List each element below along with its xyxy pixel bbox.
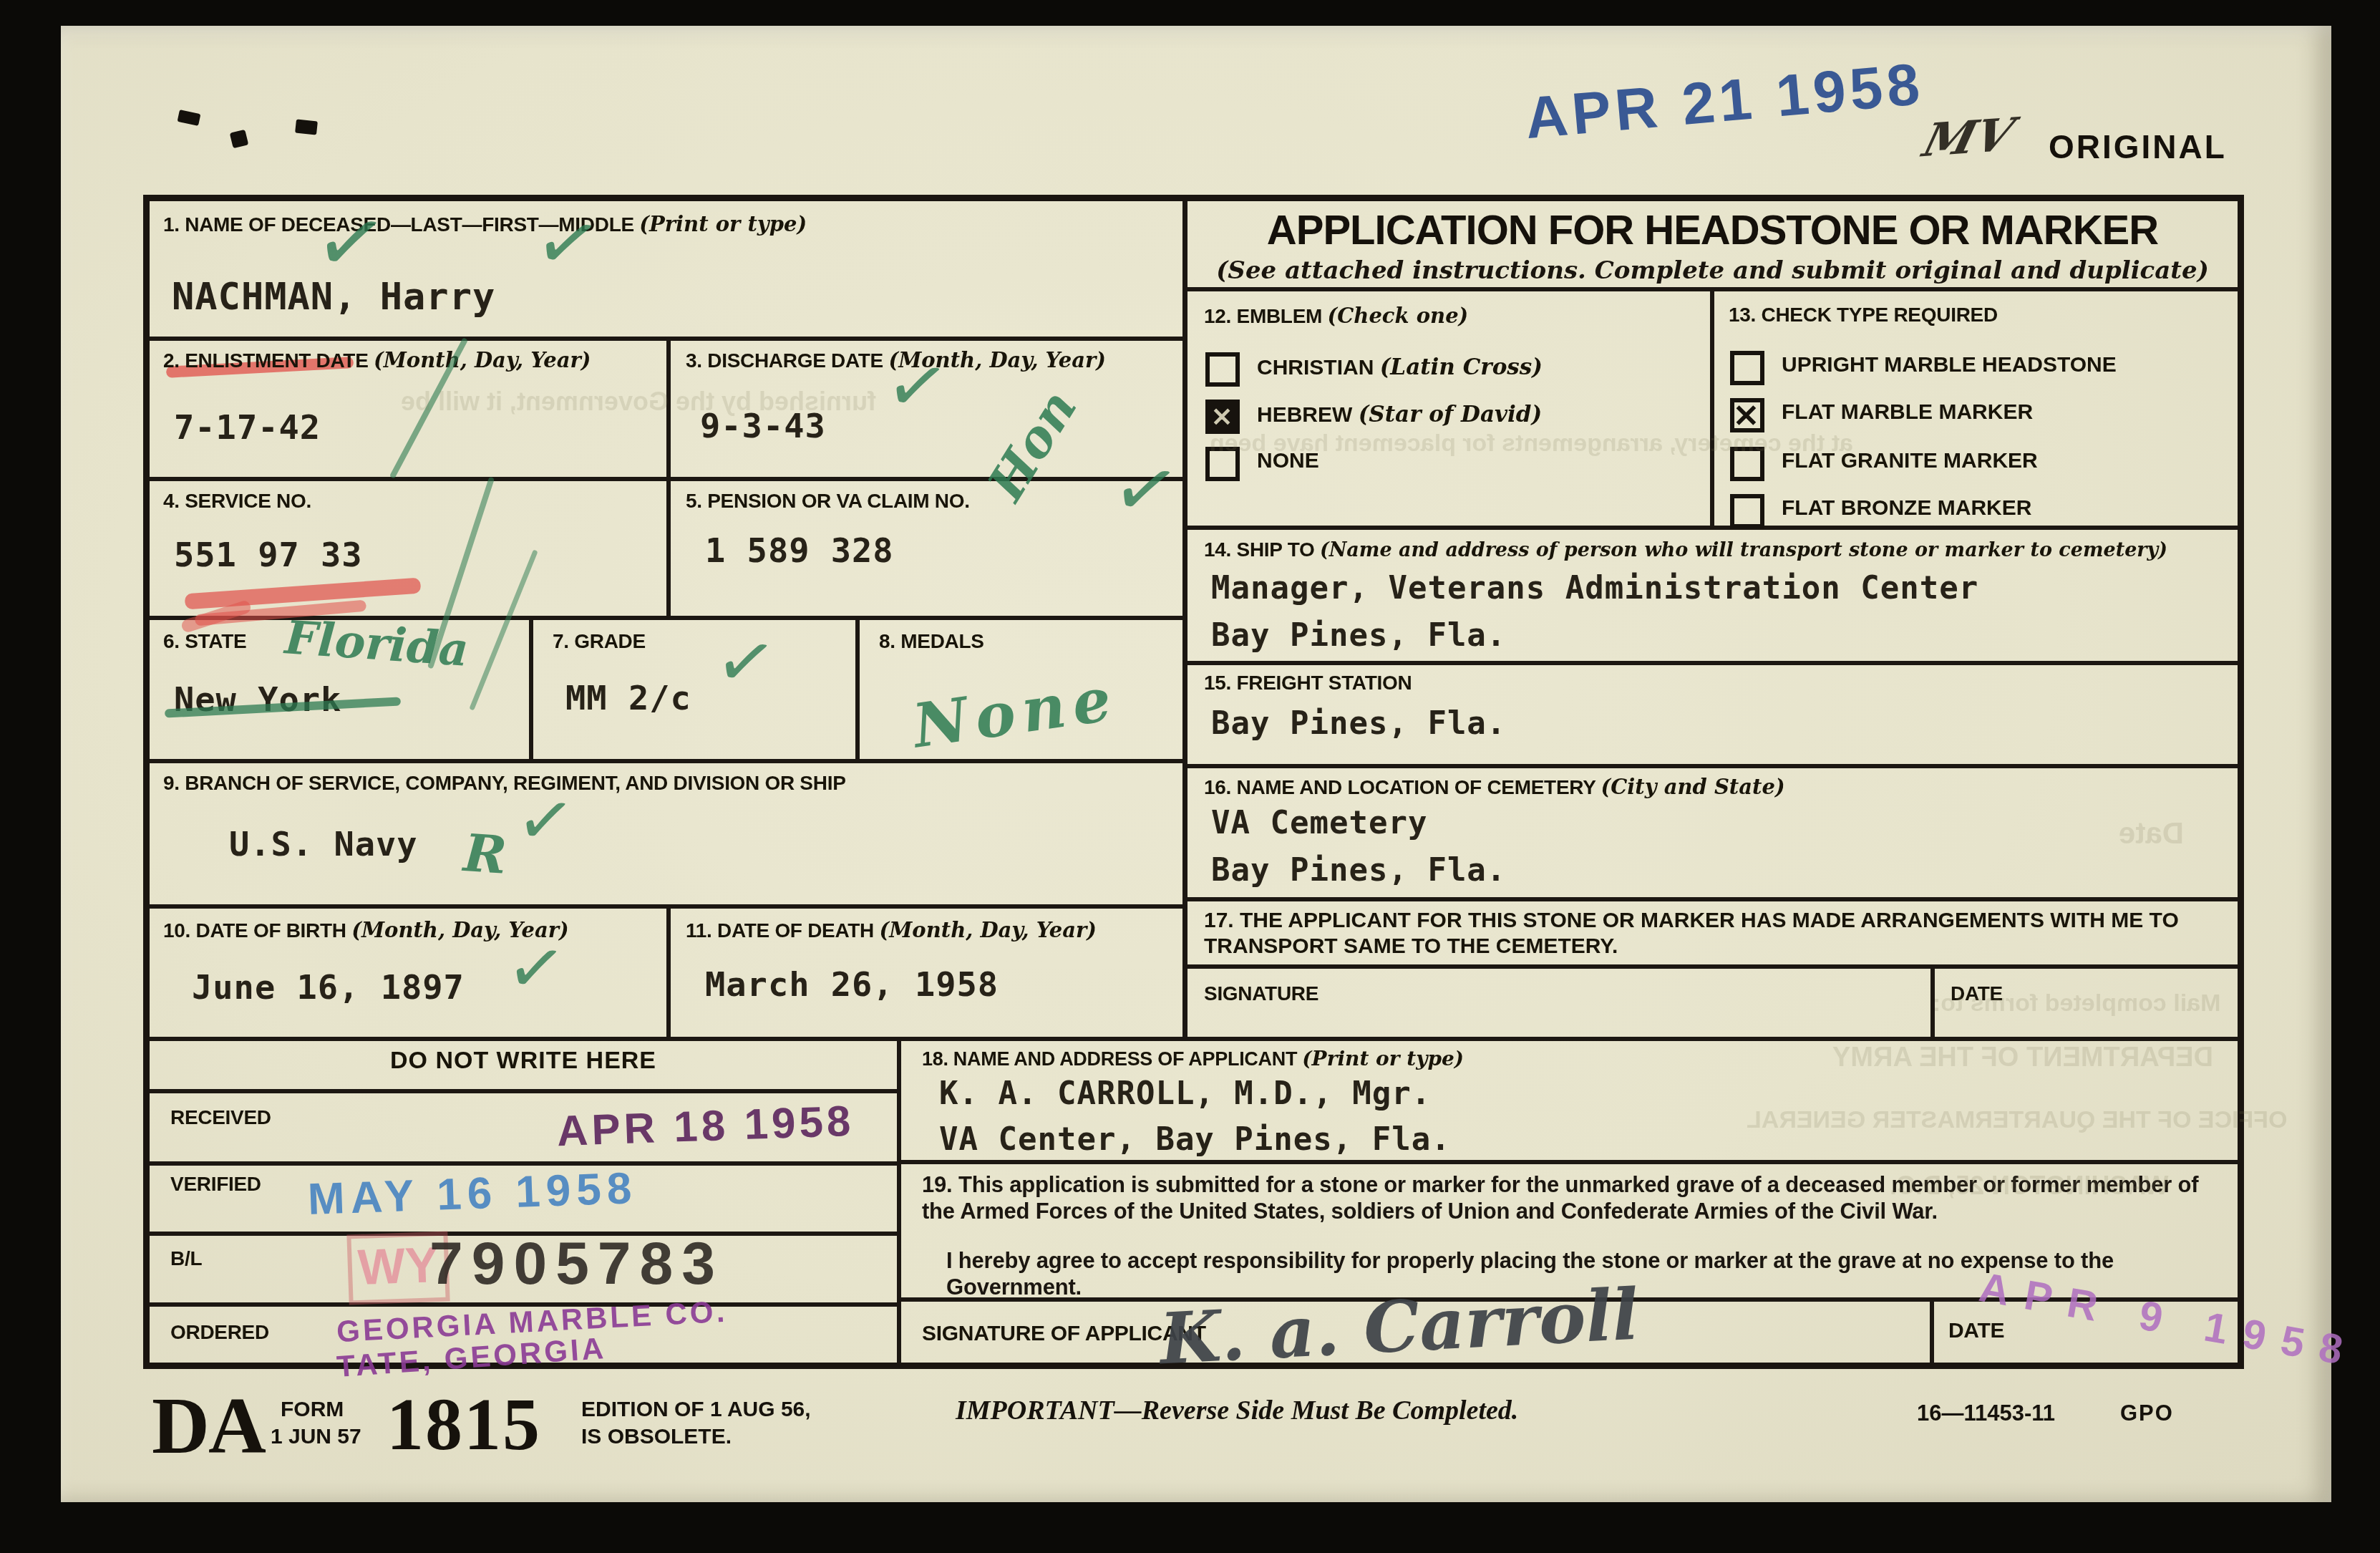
form-label: FORM (281, 1398, 344, 1422)
green-checkmark: ✓ (512, 777, 580, 864)
checkbox-flat-marble-label: FLAT MARBLE MARKER (1782, 400, 2033, 425)
field5-label: 5. PENSION OR VA CLAIM NO. (686, 490, 970, 513)
date-label: DATE (1948, 1319, 2004, 1343)
field8-label: 8. MEDALS (879, 630, 984, 653)
field5-value: 1 589 328 (705, 531, 894, 571)
field15-label: 15. FREIGHT STATION (1204, 672, 1412, 695)
field7-label: 7. GRADE (553, 630, 646, 653)
field10-label: 10. DATE OF BIRTH (Month, Day, Year) (163, 918, 569, 942)
bleed-through-text: WASHINGTON 25, D.C. (1890, 1171, 2168, 1201)
field18-value-line1: K. A. CARROLL, M.D., Mgr. (939, 1075, 1431, 1112)
bl-label: B/L (170, 1247, 202, 1270)
field14-value-line2: Bay Pines, Fla. (1211, 617, 1506, 654)
checkbox-christian-label: CHRISTIAN (Latin Cross) (1257, 354, 1543, 380)
ordered-label: ORDERED (170, 1321, 269, 1344)
field11-value: March 26, 1958 (705, 965, 999, 1005)
field9-label: 9. BRANCH OF SERVICE, COMPANY, REGIMENT,… (163, 772, 846, 795)
form-number: 1815 (387, 1382, 541, 1467)
checkbox-flat-marble: ✕ (1730, 398, 1764, 432)
field13-label: 13. CHECK TYPE REQUIRED (1729, 304, 1998, 326)
checkbox-hebrew-label: HEBREW (Star of David) (1257, 402, 1542, 427)
field16-label: 16. NAME AND LOCATION OF CEMETERY (City … (1204, 775, 1785, 799)
field18-label: 18. NAME AND ADDRESS OF APPLICANT (Print… (922, 1047, 1464, 1070)
received-label: RECEIVED (170, 1106, 271, 1129)
bl-number-stamp: 7905783 (429, 1229, 724, 1298)
field16-value-line1: VA Cemetery (1211, 805, 1427, 841)
field7-value: MM 2/c (565, 679, 691, 718)
important-note: IMPORTANT—Reverse Side Must Be Completed… (956, 1395, 1518, 1426)
checkbox-upright-marble: ✕ (1730, 351, 1764, 385)
handwritten-initials: MV (1918, 108, 2019, 168)
field12-label: 12. EMBLEM (Check one) (1204, 304, 1468, 328)
gpo-label: GPO (2120, 1400, 2174, 1426)
field4-label: 4. SERVICE NO. (163, 490, 311, 513)
field1-label: 1. NAME OF DECEASED—LAST—FIRST—MIDDLE (P… (163, 212, 807, 236)
field17-label: 17. THE APPLICANT FOR THIS STONE OR MARK… (1204, 908, 2220, 959)
bleed-through-text: Mail completed forms to: (1933, 990, 2220, 1017)
form-subtitle: (See attached instructions. Complete and… (1187, 256, 2238, 285)
original-label: ORIGINAL (2049, 127, 2227, 166)
field6-label: 6. STATE (163, 630, 246, 653)
field9-value: U.S. Navy (229, 825, 418, 864)
office-block-header: DO NOT WRITE HERE (150, 1047, 897, 1075)
bleed-through-text: at the cemetery, arrangements for placem… (1210, 430, 1853, 458)
bleed-through-text: DEPARTMENT OF THE ARMY (1832, 1042, 2213, 1073)
green-checkmark: ✓ (501, 924, 570, 1013)
field2-label: 2. ENLISTMENT DATE (Month, Day, Year) (163, 348, 591, 372)
checkbox-flat-bronze-label: FLAT BRONZE MARKER (1782, 496, 2031, 521)
edition-note-line1: EDITION OF 1 AUG 56, (581, 1398, 811, 1422)
field9-annotation-r: R (462, 822, 509, 886)
field14-label: 14. SHIP TO (Name and address of person … (1204, 538, 2167, 561)
form-title: APPLICATION FOR HEADSTONE OR MARKER (1187, 206, 2238, 254)
scanned-document: APR 21 1958 MV ORIGINAL 1. NAME OF DECEA… (0, 0, 2380, 1553)
verified-label: VERIFIED (170, 1173, 261, 1196)
field15-value: Bay Pines, Fla. (1211, 705, 1506, 742)
field16-value-line2: Bay Pines, Fla. (1211, 852, 1506, 889)
edition-note-line2: IS OBSOLETE. (581, 1425, 732, 1449)
bleed-through-text: Date (2119, 816, 2184, 851)
bleed-through-text: furnished by the Government, it will be (401, 387, 876, 417)
field2-value: 7-17-42 (174, 408, 321, 447)
bleed-through-text: OFFICE OF THE QUARTERMASTER GENERAL (1747, 1106, 2288, 1134)
form-code: DA (152, 1380, 265, 1473)
checkbox-hebrew: ✕ (1205, 400, 1240, 434)
field18-value-line2: VA Center, Bay Pines, Fla. (939, 1121, 1451, 1158)
field14-value-line1: Manager, Veterans Administration Center (1211, 570, 1978, 606)
field17-signature-label: SIGNATURE (1204, 982, 1318, 1005)
print-code: 16—11453-11 (1917, 1400, 2055, 1426)
field11-label: 11. DATE OF DEATH (Month, Day, Year) (686, 918, 1097, 942)
checkbox-christian: ✕ (1205, 352, 1240, 387)
ink-blob (295, 119, 318, 135)
checkbox-flat-bronze: ✕ (1730, 494, 1764, 528)
received-date-stamp: APR 18 1958 (556, 1096, 855, 1156)
checkbox-upright-marble-label: UPRIGHT MARBLE HEADSTONE (1782, 353, 2117, 377)
field4-value: 551 97 33 (174, 536, 363, 575)
field10-value: June 16, 1897 (192, 968, 465, 1007)
form-date: 1 JUN 57 (271, 1425, 361, 1449)
